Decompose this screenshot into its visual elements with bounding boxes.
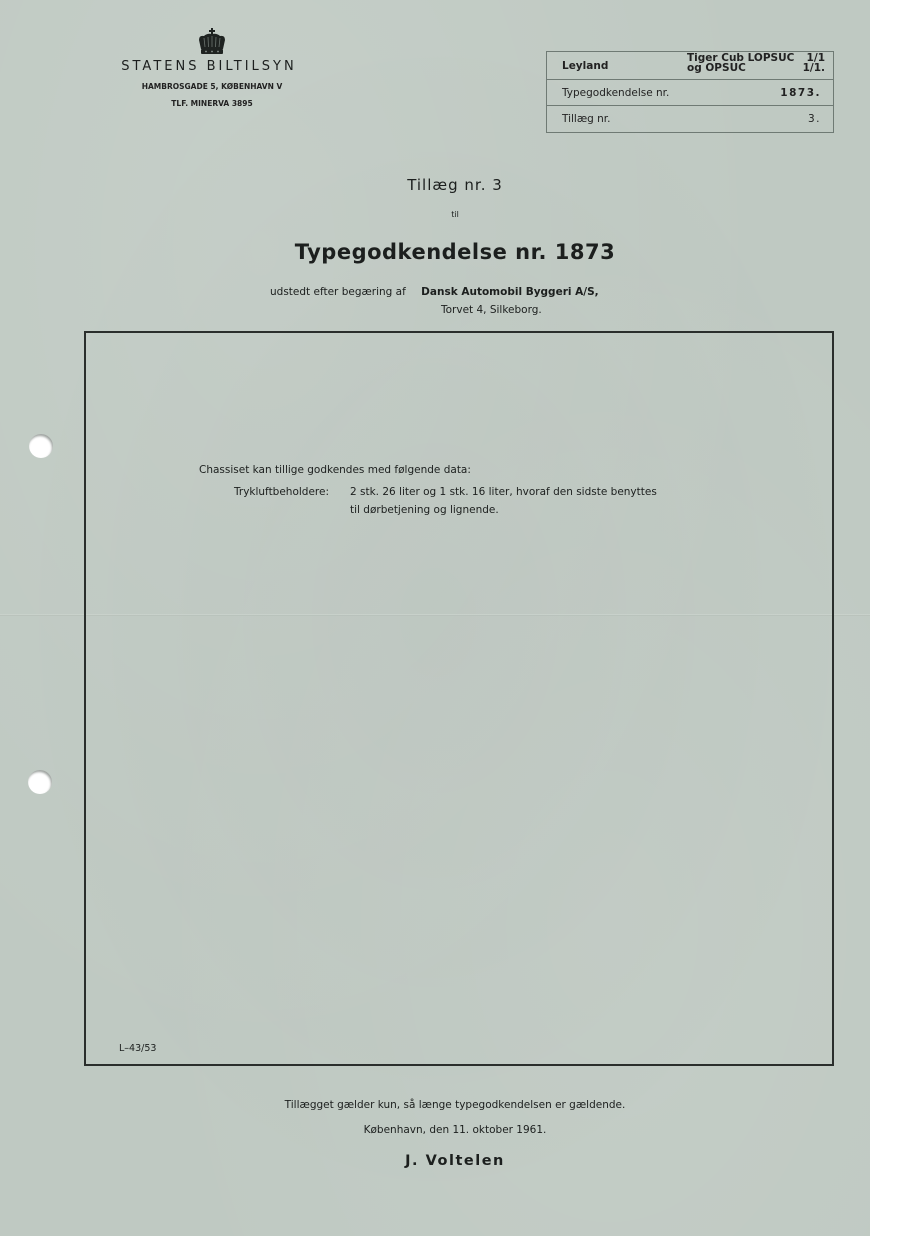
spec-label: Trykluftbeholdere: <box>234 486 329 498</box>
crown-icon <box>195 28 229 56</box>
reference-row-vehicle: Leyland Tiger Cub LOPSUC 1/1 og OPSUC 1/… <box>547 52 833 80</box>
agency-address: HAMBROSGADE 5, KØBENHAVN V <box>92 82 332 91</box>
supplement-label: Tillæg nr. <box>562 113 611 125</box>
reference-row-approval: Typegodkendelse nr. 1873. <box>547 80 833 106</box>
vehicle-make: Leyland <box>562 60 608 72</box>
punch-hole <box>28 770 52 794</box>
punch-hole <box>29 434 53 458</box>
issued-prefix: udstedt efter begæring af <box>270 286 406 298</box>
page-title: Typegodkendelse nr. 1873 <box>20 240 890 264</box>
reference-box: Leyland Tiger Cub LOPSUC 1/1 og OPSUC 1/… <box>546 51 834 133</box>
spec-value-continued: til dørbetjening og lignende. <box>350 504 499 516</box>
company-address: Torvet 4, Silkeborg. <box>441 304 542 316</box>
content-box: Chassiset kan tillige godkendes med følg… <box>84 331 834 1066</box>
spec-value: 2 stk. 26 liter og 1 stk. 16 liter, hvor… <box>350 486 657 498</box>
validity-note: Tillægget gælder kun, så længe typegodke… <box>20 1099 890 1111</box>
model-variant: 1/1. <box>803 63 825 73</box>
supplement-title: Tillæg nr. 3 <box>20 176 890 194</box>
model-line: og OPSUC 1/1. <box>687 63 825 73</box>
letterhead: STATENS BILTILSYN HAMBROSGADE 5, KØBENHA… <box>92 28 332 108</box>
place-date: København, den 11. oktober 1961. <box>20 1124 890 1136</box>
approval-label: Typegodkendelse nr. <box>562 87 669 99</box>
supplement-number: 3. <box>808 113 821 125</box>
approval-number: 1873. <box>780 87 821 99</box>
agency-name: STATENS BILTILSYN <box>86 59 332 74</box>
connector-text: til <box>20 210 890 219</box>
agency-phone: TLF. MINERVA 3895 <box>92 99 332 108</box>
document-page: STATENS BILTILSYN HAMBROSGADE 5, KØBENHA… <box>0 0 870 1236</box>
reference-row-supplement: Tillæg nr. 3. <box>547 106 833 132</box>
signature: J. Voltelen <box>20 1153 890 1169</box>
body-intro: Chassiset kan tillige godkendes med følg… <box>199 464 471 476</box>
vehicle-model: Tiger Cub LOPSUC 1/1 og OPSUC 1/1. <box>687 53 825 73</box>
company-name: Dansk Automobil Byggeri A/S, <box>421 286 598 298</box>
model-name: og OPSUC <box>687 63 746 73</box>
form-code: L–43/53 <box>119 1043 156 1054</box>
issued-line: udstedt efter begæring af Dansk Automobi… <box>270 286 599 298</box>
